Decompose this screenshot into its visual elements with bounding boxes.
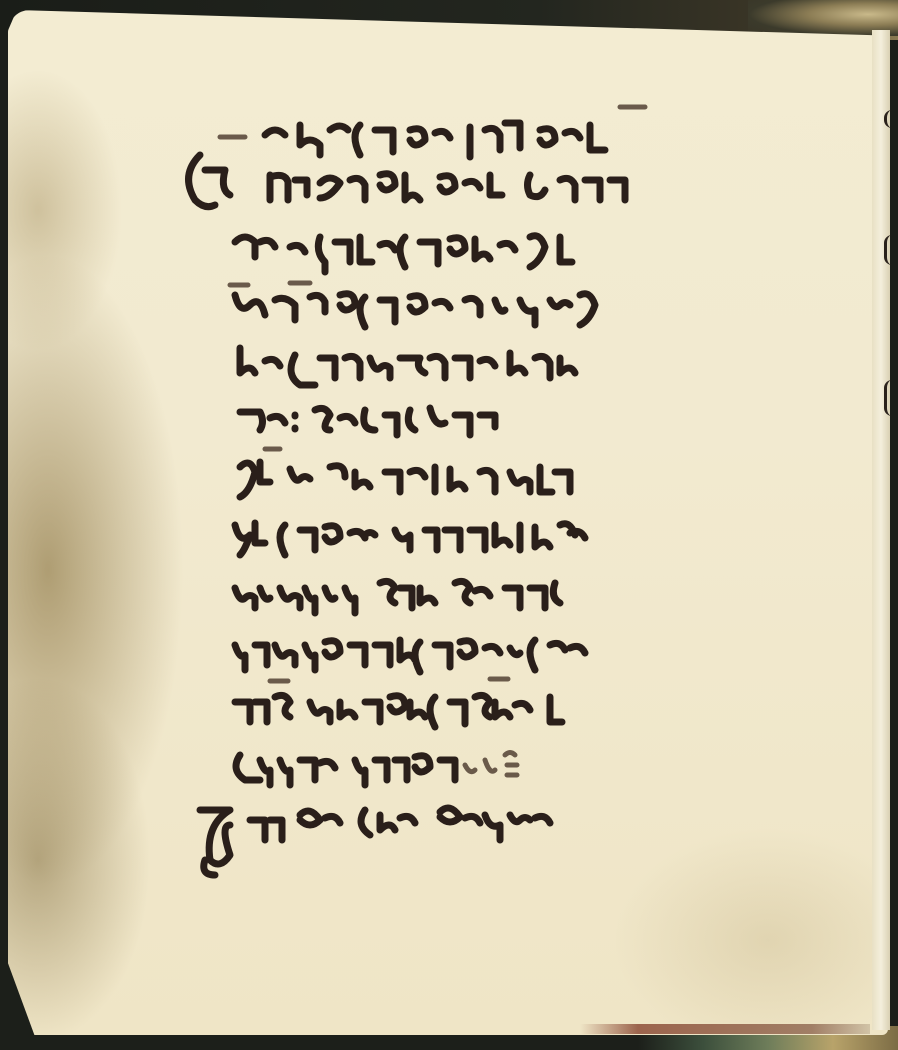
text-line-2: Line 2, begins with enlarged decorated i… xyxy=(260,165,800,213)
text-line-10: Line 10 of text xyxy=(230,630,790,678)
text-line-12: Line 12 of text, final word written in f… xyxy=(235,745,795,793)
text-line-14: Line 14 (last line) of text xyxy=(200,855,780,903)
text-line-8: Line 8 of text xyxy=(230,515,790,563)
manuscript-text-block: Line 1 of Nuskhuri text, with abbreviati… xyxy=(180,95,800,895)
text-line-7: Line 7 of text xyxy=(235,457,795,505)
text-line-6: Line 6 of text, includes a colon-like pu… xyxy=(235,400,795,448)
facing-page-ink-mark xyxy=(884,110,897,128)
text-line-9: Line 9 of text xyxy=(230,573,790,621)
text-line-11: Line 11 of text xyxy=(230,687,790,735)
text-line-3: Line 3 of text xyxy=(230,227,790,275)
text-line-13: Line 13 of text, begins with enlarged in… xyxy=(200,800,780,848)
text-line-1: Line 1 of Nuskhuri text, with abbreviati… xyxy=(260,115,780,163)
text-line-5: Line 5 of text xyxy=(235,343,795,391)
facing-page-ink-mark xyxy=(884,235,897,265)
facing-page-ink-mark xyxy=(884,380,897,416)
facing-page-edge xyxy=(872,30,890,1030)
red-stain xyxy=(580,1024,870,1034)
line-count: 14 xyxy=(180,95,181,96)
text-line-4: Line 4 of text xyxy=(230,285,790,333)
